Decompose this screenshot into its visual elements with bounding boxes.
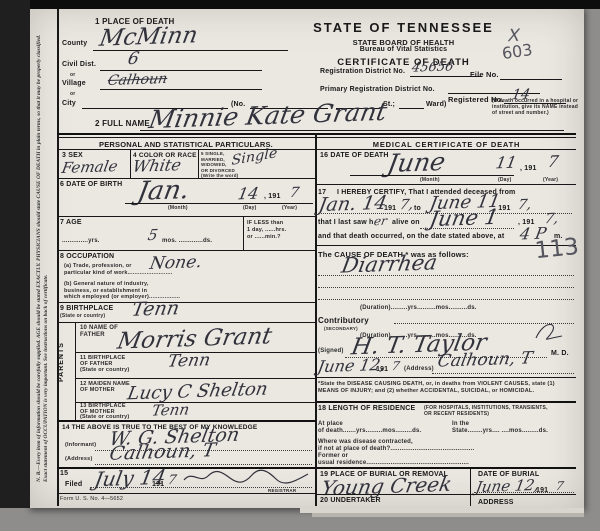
- mother-name-handwriting: Lucy C Shelton: [126, 381, 269, 404]
- death-occurred-line: and that death occurred, on the date sta…: [318, 233, 504, 240]
- rule-heavy: [317, 467, 576, 469]
- undertaker-address-label: ADDRESS: [478, 499, 514, 506]
- section-15-number: 15: [60, 470, 68, 477]
- cause-footnote: *State the DISEASE CAUSING DEATH, or, in…: [318, 381, 574, 394]
- alive-on-label: alive on: [392, 219, 420, 226]
- rule: [57, 302, 315, 303]
- registration-district-label: Registration District No.: [320, 68, 405, 75]
- registration-district-handwriting: 45656: [411, 60, 455, 74]
- last-saw-prefix: that I last saw h: [318, 219, 374, 226]
- in-state-line: In the State........yrs.... ....mos.....…: [452, 421, 548, 435]
- rule: [317, 377, 576, 378]
- attended-to-year-handwriting: 7,: [517, 198, 533, 212]
- county-label: County: [62, 40, 87, 47]
- birth-month-handwriting: Jan.: [136, 177, 192, 205]
- full-name-label: 2 FULL NAME: [95, 119, 150, 128]
- death-month-handwriting: June: [386, 149, 448, 176]
- file-no-handwriting: 603: [501, 42, 533, 62]
- dotted-rule: [95, 463, 312, 465]
- or-label: or: [70, 72, 75, 78]
- father-birthplace-label: 11 BIRTHPLACE OF FATHER (State or countr…: [80, 355, 129, 373]
- burial-cell-divider: [470, 467, 471, 506]
- secondary-caption: (SECONDARY): [324, 326, 358, 331]
- civil-dist-label: Civil Dist.: [62, 61, 96, 68]
- birthplace-caption: (State or country): [60, 313, 105, 319]
- contributory-label: Contributory: [318, 316, 369, 325]
- if-less-than-label: IF LESS than 1 day, ......hrs. or ......…: [247, 220, 286, 241]
- mother-birthplace-handwriting: Tenn: [151, 402, 191, 418]
- margin-instructions-note: N. B.—Every item of information should b…: [36, 30, 49, 482]
- scan-left-edge: [0, 0, 30, 508]
- length-of-residence-label: 18 LENGTH OF RESIDENCE: [318, 405, 415, 412]
- occupation-label: 8 OCCUPATION: [60, 253, 114, 260]
- day-caption: (Day): [243, 205, 257, 211]
- undertaker-label: 20 UNDERTAKER: [320, 497, 381, 504]
- rule: [57, 493, 315, 494]
- mother-name-label: 12 MAIDEN NAME OF MOTHER: [80, 381, 130, 393]
- column-divider: [315, 133, 317, 506]
- page-curl-edge: [312, 513, 584, 517]
- cause-handwriting: Diarrhea: [340, 252, 439, 276]
- dotted-rule: [474, 491, 574, 493]
- dotted-rule: [432, 372, 574, 374]
- to-label: to: [414, 205, 421, 212]
- her-handwriting: er: [373, 215, 388, 227]
- birth-year-printed: , 191: [264, 193, 281, 200]
- father-name-label: 10 NAME OF FATHER: [80, 325, 118, 338]
- signed-label: (Signed): [318, 348, 344, 354]
- village-handwriting: Calhoun: [107, 72, 169, 88]
- date-of-death-label: 16 DATE OF DEATH: [320, 152, 389, 159]
- ward-line: [399, 108, 424, 109]
- form-left-border: [57, 9, 59, 506]
- residence-caption: (FOR HOSPITALS, INSTITUTIONS, TRANSIENTS…: [424, 405, 548, 417]
- filed-label: Filed: [65, 481, 82, 488]
- father-birthplace-handwriting: Tenn: [166, 352, 211, 370]
- file-no-label: File No.: [470, 70, 499, 79]
- former-residence-line: Former or usual residence...............…: [318, 453, 469, 467]
- cell-divider: [198, 149, 199, 178]
- ward-label: Ward): [426, 101, 447, 108]
- month-caption: (Month): [168, 205, 188, 211]
- duration-scribble: [532, 318, 566, 342]
- informant-label: (Informant): [65, 442, 96, 448]
- rule: [57, 322, 315, 323]
- dotted-rule: [318, 286, 574, 288]
- birthplace-label: 9 BIRTHPLACE: [60, 305, 113, 312]
- cell-divider: [243, 216, 244, 250]
- rule: [350, 175, 514, 176]
- age-label: 7 AGE: [60, 219, 82, 226]
- bureau-line: Bureau of Vital Statistics: [296, 46, 511, 53]
- rule-heavy: [317, 401, 576, 403]
- md-label: M. D.: [551, 350, 569, 357]
- parents-vertical-label: PARENTS: [58, 342, 65, 382]
- year-caption: (Year): [282, 205, 297, 211]
- signature-address-label: (Address): [404, 366, 434, 372]
- village-line: [100, 89, 262, 90]
- rule: [125, 203, 313, 204]
- dotted-rule: [318, 274, 574, 276]
- parents-box-divider: [75, 322, 76, 420]
- sex-handwriting: Female: [60, 159, 118, 176]
- rule: [75, 378, 315, 379]
- county-line: [93, 50, 288, 51]
- age-days-dots: mos. .............ds.: [162, 238, 212, 244]
- village-label: Village: [62, 80, 86, 87]
- city-label: City: [62, 100, 76, 107]
- attended-from-year-handwriting: 7,: [399, 198, 415, 212]
- informant-address-label: (Address): [65, 456, 92, 462]
- registrar-signature-scribble: [182, 468, 310, 486]
- rule-heavy: [57, 420, 315, 422]
- scan-top-edge: [0, 0, 600, 9]
- rule: [317, 184, 576, 185]
- age-years-dots: ..............yrs.: [62, 238, 100, 244]
- rule: [57, 216, 315, 217]
- duration-line: (Duration).........yrs..........mos.....…: [360, 305, 477, 311]
- birth-day-handwriting: 14: [237, 186, 260, 203]
- county-handwriting: McMinn: [98, 24, 200, 50]
- hospital-note: (If death occurred in a hospital or inst…: [492, 98, 580, 116]
- rule: [317, 494, 576, 495]
- death-day-handwriting: 11: [495, 155, 518, 172]
- rule: [57, 250, 315, 251]
- at-place-line: At place of death.......yrs.........mos.…: [318, 421, 421, 435]
- or-label: or: [70, 91, 75, 97]
- dotted-rule: [318, 298, 574, 300]
- father-name-handwriting: Morris Grant: [115, 325, 273, 353]
- state-title: STATE OF TENNESSEE: [296, 20, 511, 35]
- cause-code-handwriting: 113: [534, 236, 580, 263]
- signature-address-handwriting: Calhoun, T: [436, 350, 533, 370]
- dotted-rule: [420, 227, 514, 229]
- year-caption: (Year): [543, 177, 558, 183]
- informant-address-handwriting: Calhoun, T: [108, 441, 217, 464]
- death-year-printed: , 191: [520, 165, 537, 172]
- race-handwriting: White: [131, 157, 182, 175]
- form-number: Form U. S. No. 4—5652: [60, 496, 123, 502]
- contracted-line: Where was disease contracted, if not at …: [318, 439, 474, 453]
- file-no-line: [500, 79, 562, 80]
- month-caption: (Month): [420, 177, 440, 183]
- primary-registration-label: Primary Registration District No.: [320, 86, 435, 93]
- mother-birthplace-label: 13 BIRTHPLACE OF MOTHER (State or countr…: [80, 404, 129, 421]
- day-caption: (Day): [498, 177, 512, 183]
- year-printed-1: 191: [384, 205, 396, 212]
- occupation-handwriting: None.: [148, 254, 203, 273]
- full-name-line: [140, 130, 564, 131]
- civil-dist-line: [100, 70, 262, 71]
- signature-year-printed: 191: [376, 366, 388, 373]
- date-of-birth-label: 6 DATE OF BIRTH: [60, 181, 122, 188]
- scanned-death-certificate-page: { "scan": { "margin_note": "N. B.—Every …: [0, 0, 600, 531]
- certificate-title: CERTIFICATE OF DEATH: [296, 57, 511, 68]
- birthplace-handwriting: Tenn: [130, 299, 181, 320]
